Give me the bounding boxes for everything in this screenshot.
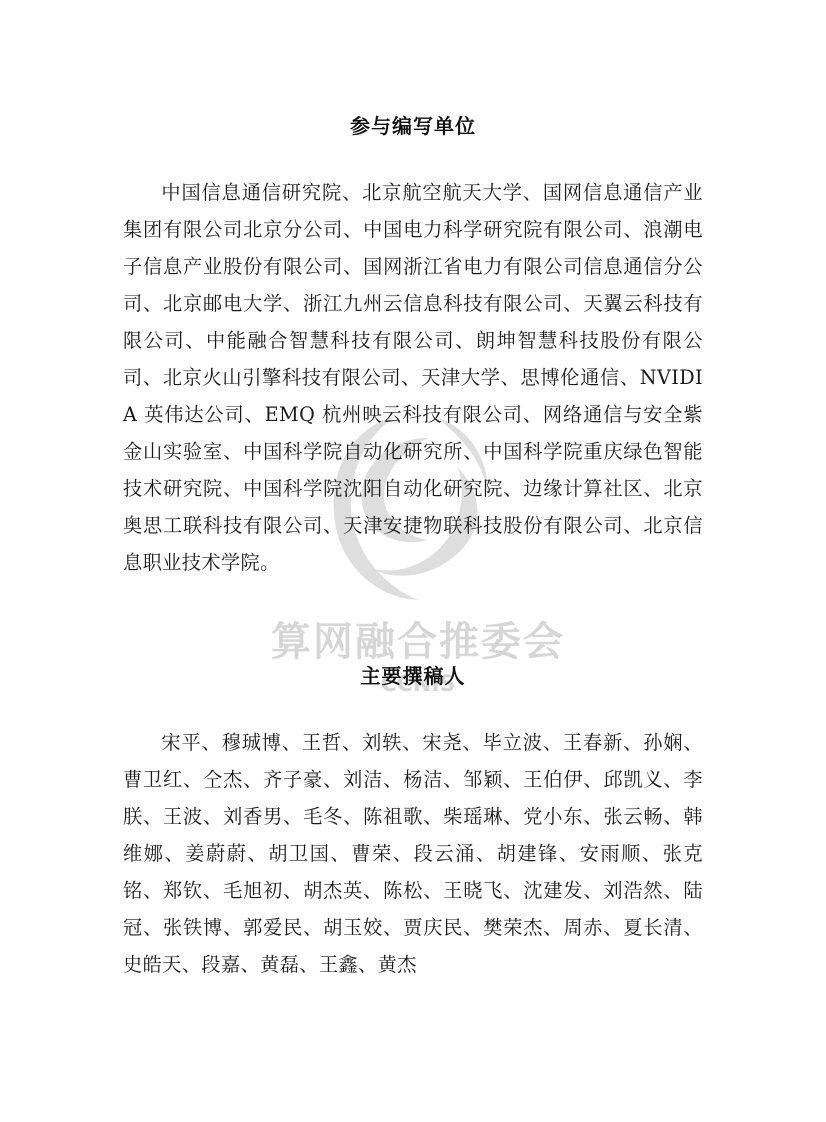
contributing-units-paragraph: 中国信息通信研究院、北京航空航天大学、国网信息通信产业集团有限公司北京分公司、中… [123,174,703,581]
section-title-contributing-units: 参与编写单位 [0,110,826,139]
section-title-main-authors: 主要撰稿人 [0,660,826,689]
main-authors-paragraph: 宋平、穆珹博、王哲、刘轶、宋尧、毕立波、王春新、孙娴、曹卫红、仝杰、齐子豪、刘洁… [123,724,703,983]
watermark-text: 算网融合推委会 [258,618,578,666]
document-page: 算网融合推委会 CCNIS 参与编写单位 中国信息通信研究院、北京航空航天大学、… [0,0,826,1122]
